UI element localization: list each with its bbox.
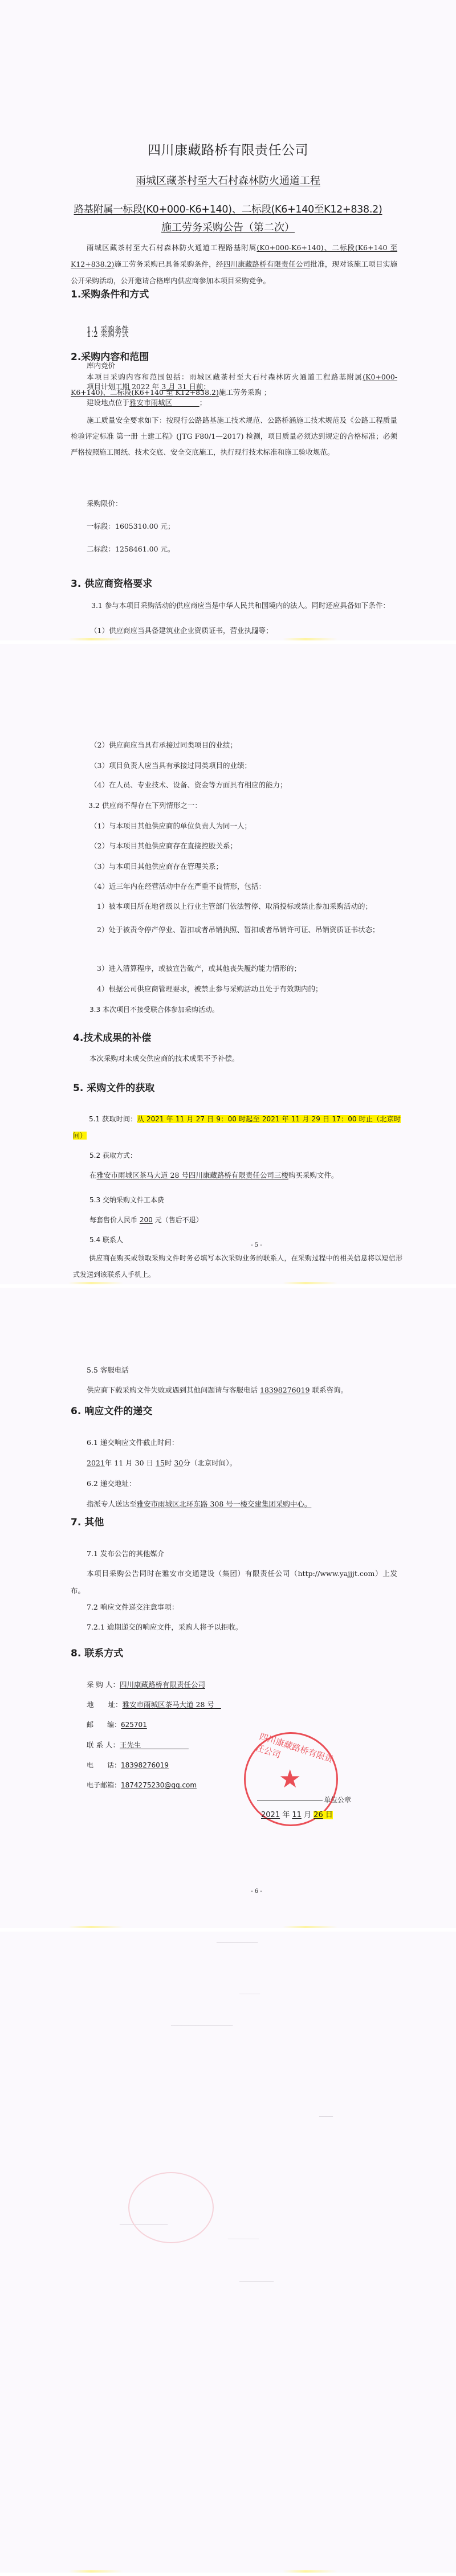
section-5-5-text: 供应商下载采购文件失败或遇到其他问题请与客服电话 18398276019 联系咨… (87, 1385, 348, 1395)
document-page-4: 四川康藏路桥有限责任公司 雨城区藏茶村至大石村森林防火通道工程 路基附属一标段(… (0, 0, 456, 644)
document-page-5: （2）供应商应当具有承接过同类项目的业绩； （3）项目负责人应当具有承接过同类项… (0, 644, 456, 1288)
section-3-2-sub-1: 1）被本项目所在地省级以上行业主管部门依法暂停、取消投标或禁止参加采购活动的； (97, 901, 372, 911)
contact-postcode: 邮 编：625701 (87, 1720, 147, 1729)
section-7-1-text: 本项目采购公告同时在雅安市交通建设（集团）有限责任公司（http://www.y… (71, 1565, 397, 1599)
section-2-lot1: 一标段：1605310.00 元； (87, 521, 175, 531)
section-6-1-text: 2021年 11 月 30 日 15时 30分（北京时间）。 (87, 1458, 237, 1468)
section-7-1-title: 7.1 发布公告的其他媒介 (87, 1548, 164, 1558)
section-6-heading: 6. 响应文件的递交 (71, 1403, 152, 1417)
section-3-1-item-2: （2）供应商应当具有承接过同类项目的业绩； (90, 740, 237, 750)
contact-person: 联 系 人：王先生 (87, 1740, 189, 1750)
section-2-limit-label: 采购限价： (87, 498, 123, 508)
star-icon: ★ (279, 1767, 301, 1792)
section-2-lot2: 二标段：1258461.00 元。 (87, 544, 175, 554)
bleed-through-text: ────────────────── (171, 2023, 233, 2029)
bleed-through-text: ────── (239, 1991, 260, 1998)
section-3-2-item-2: （2）与本项目其他供应商存在直接控股关系； (90, 840, 237, 851)
section-5-3-title: 5.3 交纳采购文件工本费 (89, 1195, 164, 1205)
section-3-1-text: 3.1 参与本项目采购活动的供应商应当是中华人民共和国境内的法人。同时还应具备如… (75, 597, 397, 614)
seal-label: 单位公章 (324, 1795, 351, 1805)
section-5-4-text: 供应商在购买或领取采购文件时务必填写本次采购业务的联系人，在采购过程中的相关信息… (73, 1250, 402, 1283)
section-3-2-sub-3: 3）进入清算程序，或被宣告破产，或其他丧失履约能力情形的； (97, 963, 301, 973)
section-4-heading: 4.技术成果的补偿 (73, 1030, 151, 1044)
section-5-3-text: 每套售价人民币 200 元（售后不退） (89, 1215, 203, 1224)
section-5-5-title: 5.5 客服电话 (87, 1365, 129, 1375)
section-3-3-text: 3.3 本次项目不接受联合体参加采购活动。 (89, 1005, 219, 1014)
section-2-period: 项目计划工期 2022 年 3 月 31 日前； (87, 381, 210, 391)
section-2-quality: 施工质量安全要求如下：按现行公路路基施工技术规范、公路桥涵施工技术规范及《公路工… (71, 413, 397, 460)
bleed-through-text: ──────────── (217, 1940, 258, 1946)
contact-phone: 电 话：18398276019 (87, 1760, 169, 1770)
contact-email: 电子邮箱：1874275230@qq.com (87, 1780, 197, 1790)
section-1-1-text: 雨城区藏茶村至大石村森林防火通道工程路基附属(K0+000-K6+140)、二标… (71, 239, 397, 289)
section-8-heading: 8. 联系方式 (71, 1645, 123, 1659)
bleed-through-text: ──── (319, 2114, 333, 2120)
project-title-line1: 雨城区藏茶村至大石村森林防火通道工程 (0, 173, 456, 187)
page-number-4: - 4 - (57, 630, 456, 636)
section-5-1-text: 5.1 获取时间：从 2021 年 11 月 27 日 9：00 时起至 202… (73, 1111, 401, 1144)
signature-line (257, 1801, 323, 1801)
section-3-2-item-3: （3）与本项目其他供应商存在管理关系； (90, 861, 223, 871)
bleed-through-stamp (128, 2172, 214, 2243)
page-number-6: - 6 - (57, 1888, 456, 1895)
bleed-through-text: ────────── (239, 2279, 274, 2285)
project-title-line2: 路基附属一标段(K0+000-K6+140)、二标段(K6+140至K12+83… (0, 202, 456, 216)
section-2-location: 建设地点位于雅安市雨城区 ； (87, 397, 206, 407)
company-title: 四川康藏路桥有限责任公司 (0, 140, 456, 158)
section-3-2-item-4: （4）近三年内在经营活动中存在严重不良情形，包括： (90, 881, 266, 891)
sign-date: 2021 年 11 月 26 日 (261, 1808, 333, 1819)
section-3-2-item-1: （1）与本项目其他供应商的单位负责人为同一人； (90, 820, 251, 831)
section-2-heading: 2.采购内容和范围 (71, 349, 149, 363)
section-3-1-item-3: （3）项目负责人应当具有承接过同类项目的业绩； (90, 760, 251, 770)
section-3-2-sub-2: 2）处于被责令停产停业、暂扣或者吊销执照、暂扣或者吊销许可证、吊销资质证书状态； (73, 921, 399, 938)
section-6-2-title: 6.2 递交地址： (87, 1478, 136, 1488)
section-7-heading: 7. 其他 (71, 1514, 104, 1528)
section-4-text: 本次采购对未成交供应商的技术成果不予补偿。 (89, 1053, 239, 1063)
section-3-heading: 3. 供应商资格要求 (71, 575, 152, 590)
section-5-heading: 5. 采购文件的获取 (73, 1080, 154, 1094)
section-5-2-text: 在雅安市雨城区茶马大道 28 号四川康藏路桥有限责任公司三楼购买采购文件。 (89, 1170, 338, 1180)
document-page-blank: ──────────── ────── ────────────────── ─… (0, 1932, 456, 2576)
section-6-1-title: 6.1 递交响应文件截止时间： (87, 1437, 178, 1447)
section-5-2-title: 5.2 获取方式： (89, 1150, 137, 1160)
section-3-1-item-4: （4）在人员、专业技术、设备、资金等方面具有相应的能力； (90, 779, 287, 790)
section-3-2-sub-4: 4）根据公司供应商管理要求，被禁止参与采购活动且处于有效期内的； (97, 983, 322, 994)
contact-purchaser: 采 购 人：四川康藏路桥有限责任公司 (87, 1679, 205, 1689)
section-7-2-1-text: 7.2.1 逾期递交的响应文件，采购人将予以拒收。 (87, 1622, 242, 1632)
document-page-6: 5.5 客服电话 供应商下载采购文件失败或遇到其他问题请与客服电话 183982… (0, 1288, 456, 1932)
project-title-line3: 施工劳务采购公告（第二次） (0, 219, 456, 234)
section-6-2-text: 指派专人送达至雅安市雨城区北环东路 308 号一楼交建集团采购中心。 (87, 1499, 311, 1509)
section-3-2-title: 3.2 供应商不得存在下列情形之一： (88, 800, 202, 810)
section-1-2-title: 1.2 采购方式 (87, 329, 129, 339)
contact-address: 地 址：雅安市雨城区茶马大道 28 号 (87, 1699, 221, 1709)
bleed-through-text: ───────── (228, 2236, 259, 2243)
section-7-2-title: 7.2 响应文件递交注意事项： (87, 1602, 178, 1612)
page-number-5: - 5 - (57, 1242, 456, 1248)
